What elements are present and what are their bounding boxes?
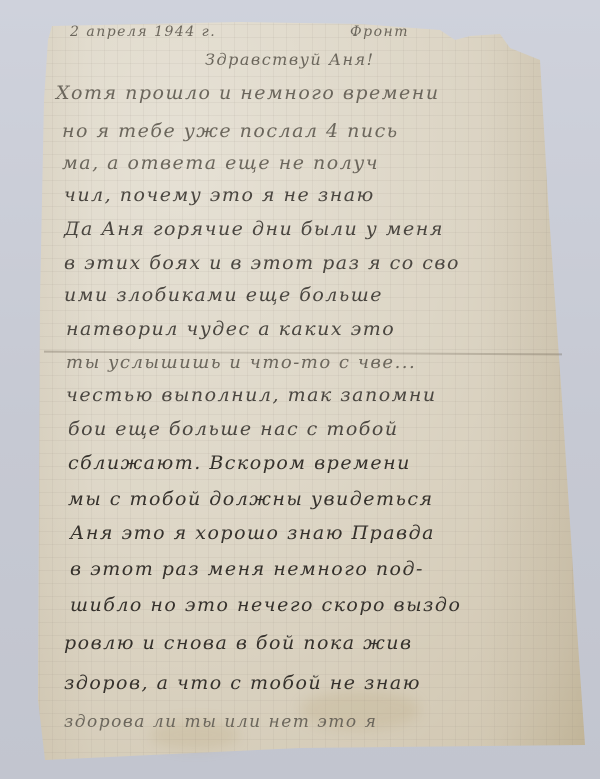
letter-line: в этот раз меня немного под-	[70, 558, 424, 580]
letter-line: ровлю и снова в бой пока жив	[64, 632, 413, 654]
letter-line: но я тебе уже послал 4 пись	[62, 120, 399, 142]
letter-line: Аня это я хорошо знаю Правда	[70, 522, 435, 544]
letter-line: Хотя прошло и немного времени	[56, 82, 440, 104]
letter-line: в этих боях и в этот раз я со сво	[64, 252, 460, 274]
letter-place: Фронт	[350, 24, 409, 40]
letter-line: сближают. Вскором времени	[68, 452, 411, 474]
letter-line: здорова ли ты или нет это я	[64, 712, 377, 732]
letter-line: ма, а ответа еще не получ	[62, 152, 379, 174]
letter-line: ты услышишь и что-то с чве...	[66, 352, 416, 373]
letter-line: Да Аня горячие дни были у меня	[64, 218, 444, 240]
letter-greeting: Здравствуй Аня!	[205, 50, 375, 69]
letter-line: честью выполнил, так запомни	[66, 384, 437, 406]
letter-line: натворил чудес а каких это	[66, 318, 395, 340]
letter-line: мы с тобой должны увидеться	[68, 488, 434, 510]
letter-line: здоров, а что с тобой не знаю	[64, 672, 421, 694]
letter-line: шибло но это нечего скоро выздо	[70, 594, 461, 616]
letter-line: чил, почему это я не знаю	[64, 184, 375, 206]
letter-line: бои еще больше нас с тобой	[68, 418, 399, 440]
letter-date: 2 апреля 1944 г.	[70, 24, 216, 40]
letter-line: ими злобиками еще больше	[64, 284, 383, 306]
